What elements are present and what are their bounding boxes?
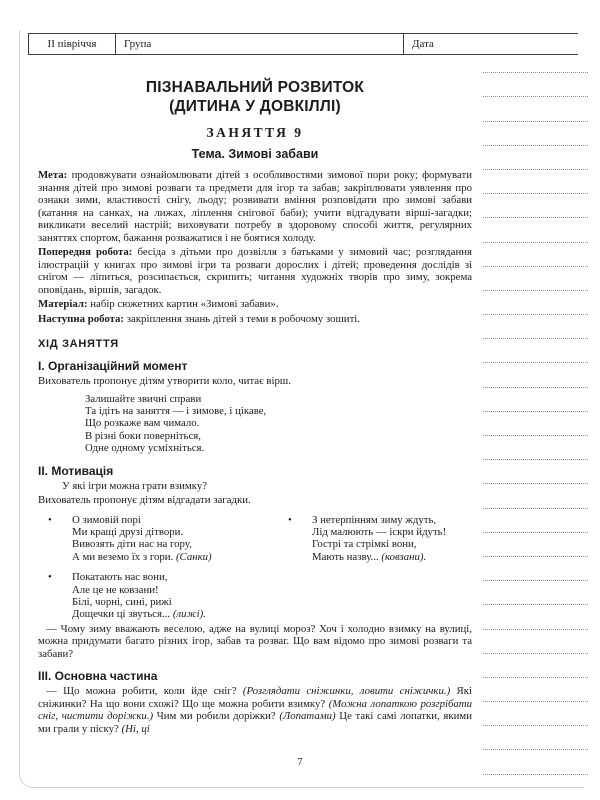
section-2-paragraph: — Чому зиму вважають веселою, адже на ву… <box>38 623 472 661</box>
riddle-skis: •Покатають нас вони, Але це не ковзани! … <box>60 571 300 621</box>
material-paragraph: Матеріал: набір сюжетних картин «Зимові … <box>38 298 472 311</box>
poem-line: Що розкаже вам чимало. <box>85 417 472 429</box>
bullet-icon: • <box>60 571 72 583</box>
note-line <box>483 630 588 654</box>
note-line <box>483 339 588 363</box>
note-line <box>483 146 588 170</box>
note-line <box>483 460 588 484</box>
riddle-skates: •З нетерпінням зиму ждуть, Лід малюють —… <box>300 514 472 564</box>
material-label: Матеріал: <box>38 298 88 310</box>
note-line <box>483 702 588 726</box>
meta-label: Мета: <box>38 169 67 181</box>
riddle-line: Дощечки ці звуться... (лижі). <box>60 608 300 620</box>
page-number: 7 <box>0 757 600 768</box>
note-line <box>483 291 588 315</box>
note-line <box>483 170 588 194</box>
riddle-line: Ми кращі друзі дітвори. <box>60 526 300 538</box>
course-heading: ХІД ЗАНЯТТЯ <box>38 338 472 350</box>
header-cell-group: Група <box>115 34 403 54</box>
riddle-line: Вивозять діти нас на гору, <box>60 538 300 550</box>
poem-line: Одне одному усміхніться. <box>85 442 472 454</box>
document-page: ІІ півріччя Група Дата ПІЗНАВАЛЬНИЙ РОЗВ… <box>0 0 600 800</box>
meta-paragraph: Мета: продовжувати ознайомлювати дітей з… <box>38 169 472 244</box>
section-3-paragraph: — Що можна робити, коли йде сніг? (Розгл… <box>38 685 472 735</box>
bullet-icon: • <box>300 514 312 526</box>
riddles: •О зимовій порі Ми кращі друзі дітвори. … <box>38 514 472 621</box>
riddle-answer: (ковзани). <box>381 551 426 563</box>
note-line <box>483 484 588 508</box>
bullet-icon: • <box>60 514 72 526</box>
riddle-line: Білі, чорні, сині, рижі <box>60 596 300 608</box>
prep-label: Попередня робота: <box>38 246 132 258</box>
lesson-topic: Тема. Зимові забави <box>38 147 472 161</box>
content-column: ПІЗНАВАЛЬНИЙ РОЗВИТОК (ДИТИНА У ДОВКІЛЛІ… <box>38 70 472 735</box>
riddle-line: •Покатають нас вони, <box>60 571 300 583</box>
riddle-line: Гострі та стрімкі вони, <box>300 538 472 550</box>
note-line <box>483 73 588 97</box>
riddle-line: Мають назву... (ковзани). <box>300 551 472 563</box>
section-3-heading: III. Основна частина <box>38 669 472 683</box>
note-line <box>483 243 588 267</box>
note-line <box>483 315 588 339</box>
note-line <box>483 363 588 387</box>
title-line2: (ДИТИНА У ДОВКІЛЛІ) <box>169 98 341 115</box>
notes-lines <box>483 49 588 775</box>
note-line <box>483 605 588 629</box>
next-work-label: Наступна робота: <box>38 313 124 325</box>
riddles-right-column: •З нетерпінням зиму ждуть, Лід малюють —… <box>300 514 472 621</box>
note-line <box>483 557 588 581</box>
riddles-left-column: •О зимовій порі Ми кращі друзі дітвори. … <box>38 514 300 621</box>
note-line <box>483 267 588 291</box>
poem-line: Та ідіть на заняття — і зимове, і цікаве… <box>85 405 472 417</box>
note-line <box>483 122 588 146</box>
poem: Залишайте звичні справи Та ідіть на заня… <box>85 393 472 455</box>
note-line <box>483 218 588 242</box>
meta-text: продовжувати ознайомлювати дітей з особл… <box>38 169 472 244</box>
material-text: набір сюжетних картин «Зимові забави». <box>90 298 278 310</box>
note-line <box>483 581 588 605</box>
section-2-question: У які ігри можна грати взимку? <box>38 480 472 493</box>
riddle-answer: (Санки) <box>176 551 212 563</box>
section-2-intro: Вихователь пропонує дітям відгадати зага… <box>38 494 472 507</box>
header-cell-semester: ІІ півріччя <box>28 34 115 54</box>
note-line <box>483 678 588 702</box>
section-1-intro: Вихователь пропонує дітям утворити коло,… <box>38 375 472 388</box>
poem-line: В різні боки поверніться, <box>85 430 472 442</box>
poem-line: Залишайте звичні справи <box>85 393 472 405</box>
section-1-heading: I. Організаційний момент <box>38 359 472 373</box>
riddle-sledge: •О зимовій порі Ми кращі друзі дітвори. … <box>60 514 300 564</box>
note-line <box>483 436 588 460</box>
section-2-heading: II. Мотивація <box>38 464 472 478</box>
riddle-line: А ми веземо їх з гори. (Санки) <box>60 551 300 563</box>
note-line <box>483 49 588 73</box>
note-line <box>483 388 588 412</box>
note-line <box>483 509 588 533</box>
note-line <box>483 726 588 750</box>
riddle-line: •З нетерпінням зиму ждуть, <box>300 514 472 526</box>
page-title: ПІЗНАВАЛЬНИЙ РОЗВИТОК (ДИТИНА У ДОВКІЛЛІ… <box>38 78 472 116</box>
riddle-line: Але це не ковзани! <box>60 584 300 596</box>
note-line <box>483 412 588 436</box>
riddle-line: Лід малюють — іскри йдуть! <box>300 526 472 538</box>
title-line1: ПІЗНАВАЛЬНИЙ РОЗВИТОК <box>146 79 364 96</box>
riddle-line: •О зимовій порі <box>60 514 300 526</box>
next-work-paragraph: Наступна робота: закріплення знань дітей… <box>38 313 472 326</box>
lesson-number: ЗАНЯТТЯ 9 <box>38 125 472 141</box>
note-line <box>483 654 588 678</box>
prep-paragraph: Попередня робота: бесіда з дітьми про до… <box>38 246 472 296</box>
note-line <box>483 97 588 121</box>
note-line <box>483 533 588 557</box>
note-line <box>483 194 588 218</box>
next-work-text: закріплення знань дітей з теми в робочом… <box>127 313 360 325</box>
riddle-answer: (лижі). <box>173 608 206 620</box>
